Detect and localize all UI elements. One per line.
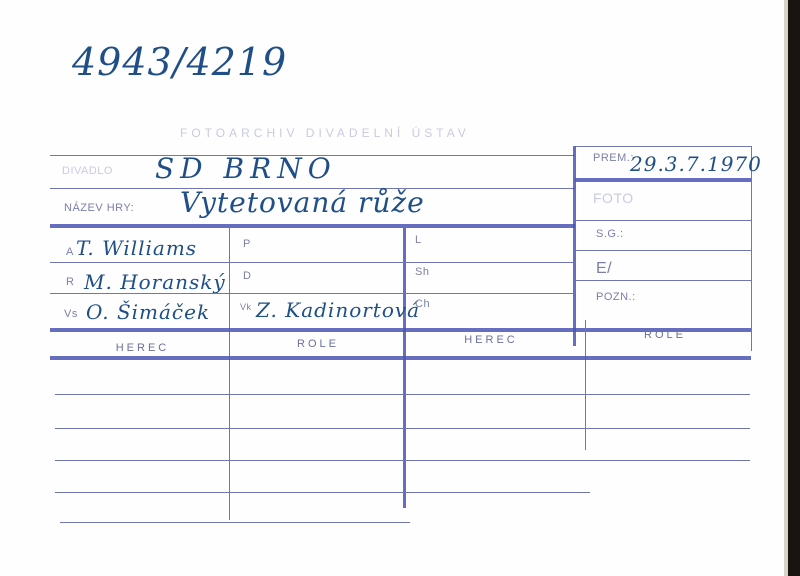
credit-vk-label: Vk	[240, 302, 252, 312]
divider	[575, 178, 751, 182]
table-row-line	[55, 492, 590, 493]
divider	[575, 146, 751, 147]
sg-label: S.G.:	[596, 228, 624, 240]
credit-a-label: A	[66, 246, 74, 258]
divider	[403, 228, 406, 508]
credit-d-label: D	[243, 270, 251, 282]
premiere-label: PREM.:	[593, 152, 634, 164]
table-header-herec-2: HEREC	[406, 334, 576, 346]
table-header-role-2: ROLE	[580, 329, 750, 341]
credit-sh-label: Sh	[415, 266, 429, 278]
credit-vk-value: Z. Kadinortová	[256, 298, 420, 322]
catalog-number: 4943/4219	[72, 40, 287, 84]
play-title-label: NÁZEV HRY:	[64, 202, 134, 214]
premiere-value: 29.3.7.1970	[630, 152, 762, 176]
credit-r-value: M. Horanský	[84, 270, 226, 294]
play-title-value: Vytetovaná růže	[180, 186, 425, 219]
table-header-herec: HEREC	[55, 342, 230, 354]
photo-label: FOTO	[593, 190, 634, 206]
divider	[575, 220, 751, 221]
divider	[585, 320, 586, 450]
card-edge	[788, 0, 800, 576]
pozn-label: POZN.:	[596, 291, 636, 303]
credit-r-label: R	[66, 276, 74, 288]
faded-header: FOTOARCHIV DIVADELNÍ ÚSTAV	[180, 126, 470, 140]
table-row-line	[55, 428, 750, 429]
table-row-line	[60, 522, 410, 523]
table-row-line	[55, 460, 750, 461]
divider	[751, 146, 752, 351]
credit-a-value: T. Williams	[76, 236, 197, 260]
divider	[50, 262, 575, 263]
divider	[50, 293, 575, 294]
e-label: E/	[596, 260, 612, 278]
divider	[575, 280, 751, 281]
credit-ch-label: Ch	[415, 298, 430, 310]
divider	[573, 146, 576, 346]
archive-card: 4943/4219 FOTOARCHIV DIVADELNÍ ÚSTAV DIV…	[0, 0, 788, 576]
divider	[50, 224, 575, 228]
credit-l-label: L	[415, 234, 422, 246]
divider	[229, 228, 230, 520]
theatre-value: SD BRNO	[155, 152, 337, 185]
divider	[575, 250, 751, 251]
theatre-label: DIVADLO	[62, 165, 113, 177]
table-row-line	[55, 394, 750, 395]
divider	[50, 356, 751, 360]
credit-vs-value: O. Šimáček	[86, 300, 210, 324]
credit-vs-label: Vs	[64, 308, 78, 320]
credit-p-label: P	[243, 238, 251, 250]
table-header-role: ROLE	[232, 338, 404, 350]
